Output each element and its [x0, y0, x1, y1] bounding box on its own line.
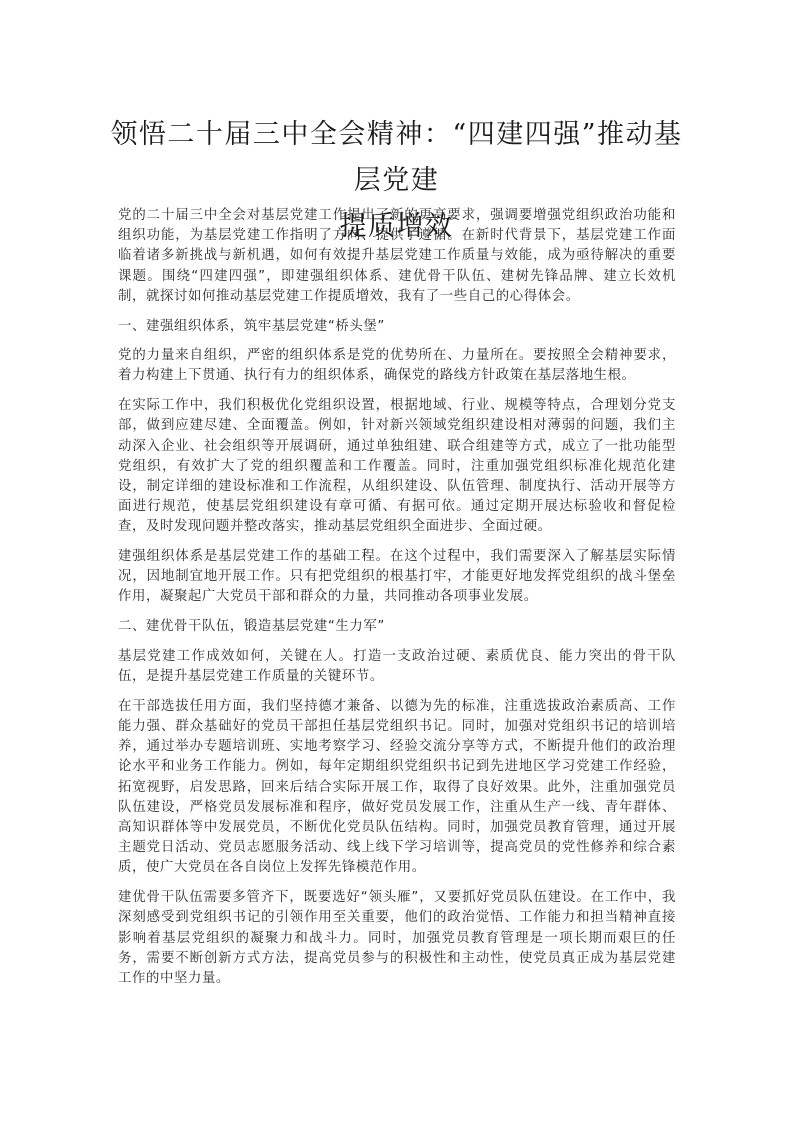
intro-paragraph: 党的二十届三中全会对基层党建工作提出了新的更高要求，强调要增强党组织政治功能和组…	[118, 206, 676, 307]
body-paragraph: 党的力量来自组织，严密的组织体系是党的优势所在、力量所在。要按照全会精神要求，着…	[118, 346, 676, 386]
body-paragraph: 在实际工作中，我们积极优化党组织设置，根据地域、行业、规模等特点，合理划分党支部…	[118, 396, 676, 537]
document-page: 领悟二十届三中全会精神：“四建四强”推动基层党建 提质增效 党的二十届三中全会对…	[0, 0, 793, 1122]
body-paragraph: 在干部选拔任用方面，我们坚持德才兼备、以德为先的标准，注重选拔政治素质高、工作能…	[118, 697, 676, 879]
body-paragraph: 基层党建工作成效如何，关键在人。打造一支政治过硬、素质优良、能力突出的骨干队伍，…	[118, 647, 676, 687]
body-paragraph: 建强组织体系是基层党建工作的基础工程。在这个过程中，我们需要深入了解基层实际情况…	[118, 547, 676, 608]
section-heading-2: 二、建优骨干队伍，锻造基层党建“生力军”	[118, 617, 676, 637]
body-paragraph: 建优骨干队伍需要多管齐下，既要选好“领头雁”，又要抓好党员队伍建设。在工作中，我…	[118, 888, 676, 989]
title-line-1: 领悟二十届三中全会精神：“四建四强”推动基层党建	[100, 112, 693, 204]
section-heading-1: 一、建强组织体系，筑牢基层党建“桥头堡”	[118, 317, 676, 337]
document-body: 党的二十届三中全会对基层党建工作提出了新的更高要求，强调要增强党组织政治功能和组…	[118, 206, 676, 999]
